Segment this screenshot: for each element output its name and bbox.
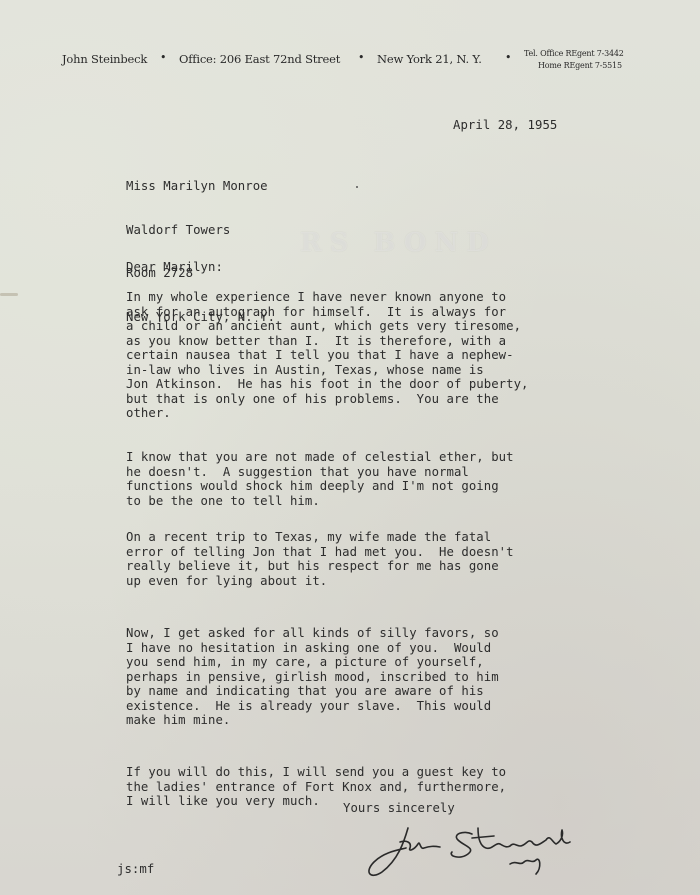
body-paragraph: Now, I get asked for all kinds of silly … (126, 626, 499, 728)
handwritten-signature (360, 820, 590, 880)
telephone-office: Tel. Office REgent 7-3442 (524, 48, 624, 60)
letterhead-separator: • (358, 51, 364, 64)
complimentary-close: Yours sincerely (343, 801, 455, 816)
letterhead-separator: • (505, 51, 511, 64)
ink-speck (356, 186, 358, 188)
paper-watermark: RS BOND (300, 228, 497, 258)
letterhead-name: John Steinbeck (62, 52, 147, 66)
body-paragraph: On a recent trip to Texas, my wife made … (126, 530, 514, 588)
letterhead-city: New York 21, N. Y. (377, 52, 482, 66)
letterhead-office: Office: 206 East 72nd Street (179, 52, 340, 66)
letter-date: April 28, 1955 (453, 118, 557, 133)
paper-edge-mark (0, 293, 18, 296)
body-paragraph: In my whole experience I have never know… (126, 290, 528, 421)
reference-initials: js:mf (117, 862, 154, 877)
address-line: Waldorf Towers (126, 223, 275, 238)
letter-page: John Steinbeck • Office: 206 East 72nd S… (0, 0, 700, 895)
salutation: Dear Marilyn: (126, 260, 223, 275)
letterhead-separator: • (160, 51, 166, 64)
address-line: Miss Marilyn Monroe (126, 179, 275, 194)
telephone-home: Home REgent 7-5515 (524, 60, 624, 72)
body-paragraph: I know that you are not made of celestia… (126, 450, 514, 508)
letterhead-telephone: Tel. Office REgent 7-3442 Home REgent 7-… (524, 48, 624, 72)
